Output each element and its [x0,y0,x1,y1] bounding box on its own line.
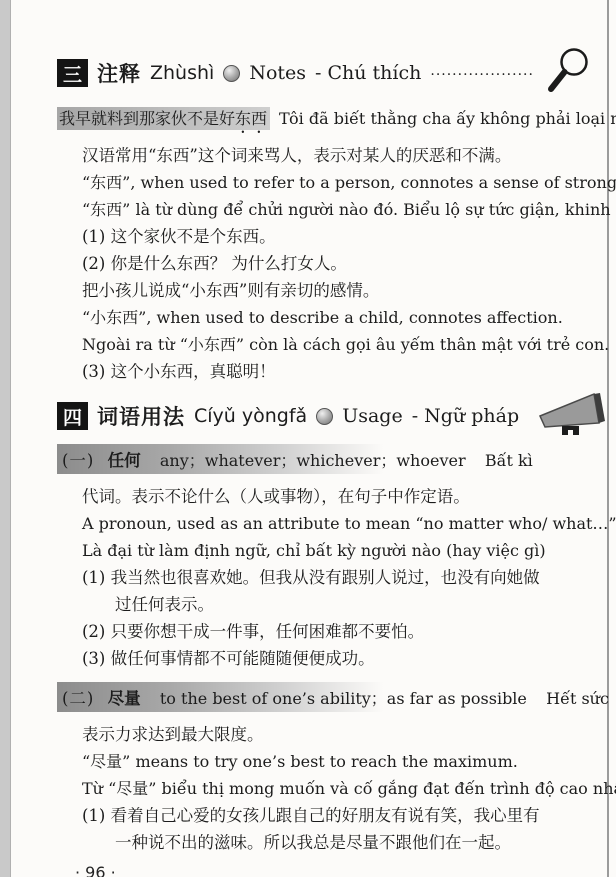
unit2-explanation-vi: Từ “尽量” biểu thị mong muốn và cố gắng đạ… [82,777,593,801]
magnifier-icon [541,45,593,101]
note-explanation2-en: “小东西”, when used to describe a child, co… [82,306,593,330]
unit-vietnamese-gloss: Bất kì [485,451,533,470]
dotted-leader: ········································… [430,63,532,83]
unit-headword: 任何 [108,451,141,470]
note-example-3: (3) 这个小东西，真聪明！ [82,360,593,384]
bullet-sphere-icon [316,408,333,425]
unit-english-gloss: any；whatever；whichever；whoever [160,451,466,470]
unit-headword: 尽量 [108,689,141,708]
note-explanation-vi: “东西” là từ dùng để chửi người nào đó. Bi… [82,198,593,222]
note-example-2: (2) 你是什么东西？ 为什么打女人。 [82,252,593,276]
unit2-example-1-line1: (1) 看着自己心爱的女孩儿跟自己的好朋友有说有笑，我心里有 [82,804,593,828]
note-headword-vi: Tôi đã biết thằng cha ấy không phải loại… [279,109,616,128]
unit-english-gloss: to the best of one’s ability；as far as p… [160,689,527,708]
unit2-explanation-en: “尽量” means to try one’s best to reach th… [82,750,593,774]
note-headword-cn: 我早就料到那家伙不是好 [59,109,235,128]
section-title-vietnamese: - Chú thích [315,62,421,84]
unit1-example-3: (3) 做任何事情都不可能随随便便成功。 [82,647,593,671]
page-number: · 96 · [75,863,593,877]
unit1-explanation-en: A pronoun, used as an attribute to mean … [82,512,593,536]
scan-edge-left [0,0,11,877]
section-number-badge: 三 [57,59,88,87]
unit-label: (二) [62,689,94,708]
section-title-pinyin: Zhùshì [150,62,214,84]
usage-unit-1-header: (一) 任何 any；whatever；whichever；whoever Bấ… [57,444,584,474]
note-headword-line: 我早就料到那家伙不是好东西 Tôi đã biết thằng cha ấy k… [57,106,593,137]
unit-vietnamese-gloss: Hết sức [546,689,609,708]
section-title-chinese: 注释 [97,58,141,88]
usage-unit-2-header: (二) 尽量 to the best of one’s ability；as f… [57,682,584,712]
section-usage-header: 四 词语用法 Cíyǔ yòngfǎ Usage - Ngữ pháp ····… [57,399,593,433]
bullet-sphere-icon [223,65,240,82]
unit1-example-2: (2) 只要你想干成一件事，任何困难都不要怕。 [82,620,593,644]
megaphone-icon [537,390,611,442]
unit2-example-1-line2: 一种说不出的滋味。所以我总是尽量不跟他们在一起。 [115,831,593,855]
note-explanation2-cn: 把小孩儿说成“小东西”则有亲切的感情。 [82,279,593,303]
unit1-example-1-line1: (1) 我当然也很喜欢她。但我从没有跟别人说过，也没有向她做 [82,566,593,590]
note-explanation-en: “东西”, when used to refer to a person, co… [82,171,593,195]
section-title-english: Usage [342,405,403,427]
note-explanation2-vi: Ngoài ra từ “小东西” còn là cách gọi âu yếm… [82,333,593,357]
unit2-explanation-cn: 表示力求达到最大限度。 [82,723,593,747]
section-number-badge: 四 [57,402,88,430]
section-title-chinese: 词语用法 [97,401,185,431]
unit1-explanation-vi: Là đại từ làm định ngữ, chỉ bất kỳ người… [82,539,593,563]
note-example-1: (1) 这个家伙不是个东西。 [82,225,593,249]
section-notes-header: 三 注释 Zhùshì Notes - Chú thích ··········… [57,56,593,90]
note-explanation-cn: 汉语常用“东西”这个词来骂人，表示对某人的厌恶和不满。 [82,144,593,168]
unit1-example-1-line2: 过任何表示。 [115,593,593,617]
textbook-page: 三 注释 Zhùshì Notes - Chú thích ··········… [0,0,616,877]
section-title-english: Notes [249,62,306,84]
note-headword-cn-emphasized: 东西 [235,109,267,128]
unit-label: (一) [62,451,94,470]
note-headword-highlight: 我早就料到那家伙不是好东西 [57,107,270,130]
section-title-pinyin: Cíyǔ yòngfǎ [194,405,307,427]
page-content: 三 注释 Zhùshì Notes - Chú thích ··········… [57,56,593,877]
unit1-explanation-cn: 代词。表示不论什么（人或事物），在句子中作定语。 [82,485,593,509]
section-title-vietnamese: - Ngữ pháp [412,405,519,427]
